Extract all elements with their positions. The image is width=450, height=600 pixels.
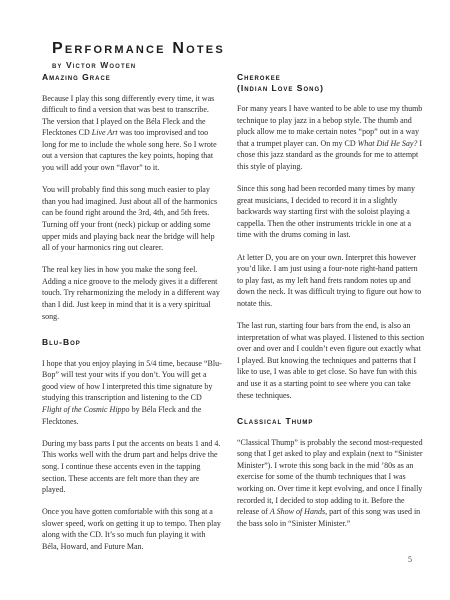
page-title: Performance Notes: [52, 40, 225, 58]
section-heading-line: Cherokee: [237, 72, 425, 83]
paragraph-text: Since this song had been recorded many t…: [237, 184, 415, 239]
page-number: 5: [408, 555, 412, 564]
section-heading: Amazing Grace: [42, 72, 222, 83]
paragraph-text: At letter D, you are on your own. Interp…: [237, 253, 421, 308]
paragraph-text: Once you have gotten comfortable with th…: [42, 507, 221, 551]
album-title-italic: Live Art: [92, 128, 118, 137]
paragraph: At letter D, you are on your own. Interp…: [237, 252, 425, 310]
left-column: Amazing GraceBecause I play this song di…: [42, 72, 222, 563]
paragraph-text: The last run, starting four bars from th…: [237, 321, 424, 400]
paragraph: Because I play this song differently eve…: [42, 93, 222, 174]
section-heading-line: Classical Thump: [237, 416, 425, 427]
book-page: Performance Notes by Victor Wooten Amazi…: [0, 0, 450, 600]
right-column: Cherokee(Indian Love Song)For many years…: [237, 72, 425, 540]
title-block: Performance Notes by Victor Wooten: [52, 40, 225, 70]
notes-section: Blu-BopI hope that you enjoy playing in …: [42, 337, 222, 552]
paragraph-text: You will probably find this song much ea…: [42, 185, 217, 252]
section-heading: Cherokee(Indian Love Song): [237, 72, 425, 93]
album-title-italic: A Show of Hands: [270, 507, 325, 516]
section-heading: Classical Thump: [237, 416, 425, 427]
notes-section: Amazing GraceBecause I play this song di…: [42, 72, 222, 322]
paragraph: I hope that you enjoy playing in 5/4 tim…: [42, 358, 222, 428]
paragraph: “Classical Thump” is probably the second…: [237, 437, 425, 530]
paragraph: For many years I have wanted to be able …: [237, 103, 425, 173]
paragraph: The last run, starting four bars from th…: [237, 320, 425, 401]
paragraph-text: During my bass parts I put the accents o…: [42, 439, 220, 494]
notes-section: Cherokee(Indian Love Song)For many years…: [237, 72, 425, 401]
paragraph: Once you have gotten comfortable with th…: [42, 506, 222, 552]
paragraph: You will probably find this song much ea…: [42, 184, 222, 254]
section-heading: Blu-Bop: [42, 337, 222, 348]
paragraph-text: The real key lies in how you make the so…: [42, 265, 220, 320]
section-heading-line: Amazing Grace: [42, 72, 222, 83]
album-title-italic: What Did He Say?: [358, 139, 418, 148]
section-heading-line: (Indian Love Song): [237, 83, 425, 94]
byline: by Victor Wooten: [52, 60, 225, 70]
notes-section: Classical Thump“Classical Thump” is prob…: [237, 416, 425, 529]
paragraph: The real key lies in how you make the so…: [42, 264, 222, 322]
paragraph-text: “Classical Thump” is probably the second…: [237, 438, 423, 517]
section-heading-line: Blu-Bop: [42, 337, 222, 348]
paragraph-text: I hope that you enjoy playing in 5/4 tim…: [42, 359, 222, 403]
paragraph: Since this song had been recorded many t…: [237, 183, 425, 241]
album-title-italic: Flight of the Cosmic Hippo: [42, 405, 130, 414]
paragraph: During my bass parts I put the accents o…: [42, 438, 222, 496]
